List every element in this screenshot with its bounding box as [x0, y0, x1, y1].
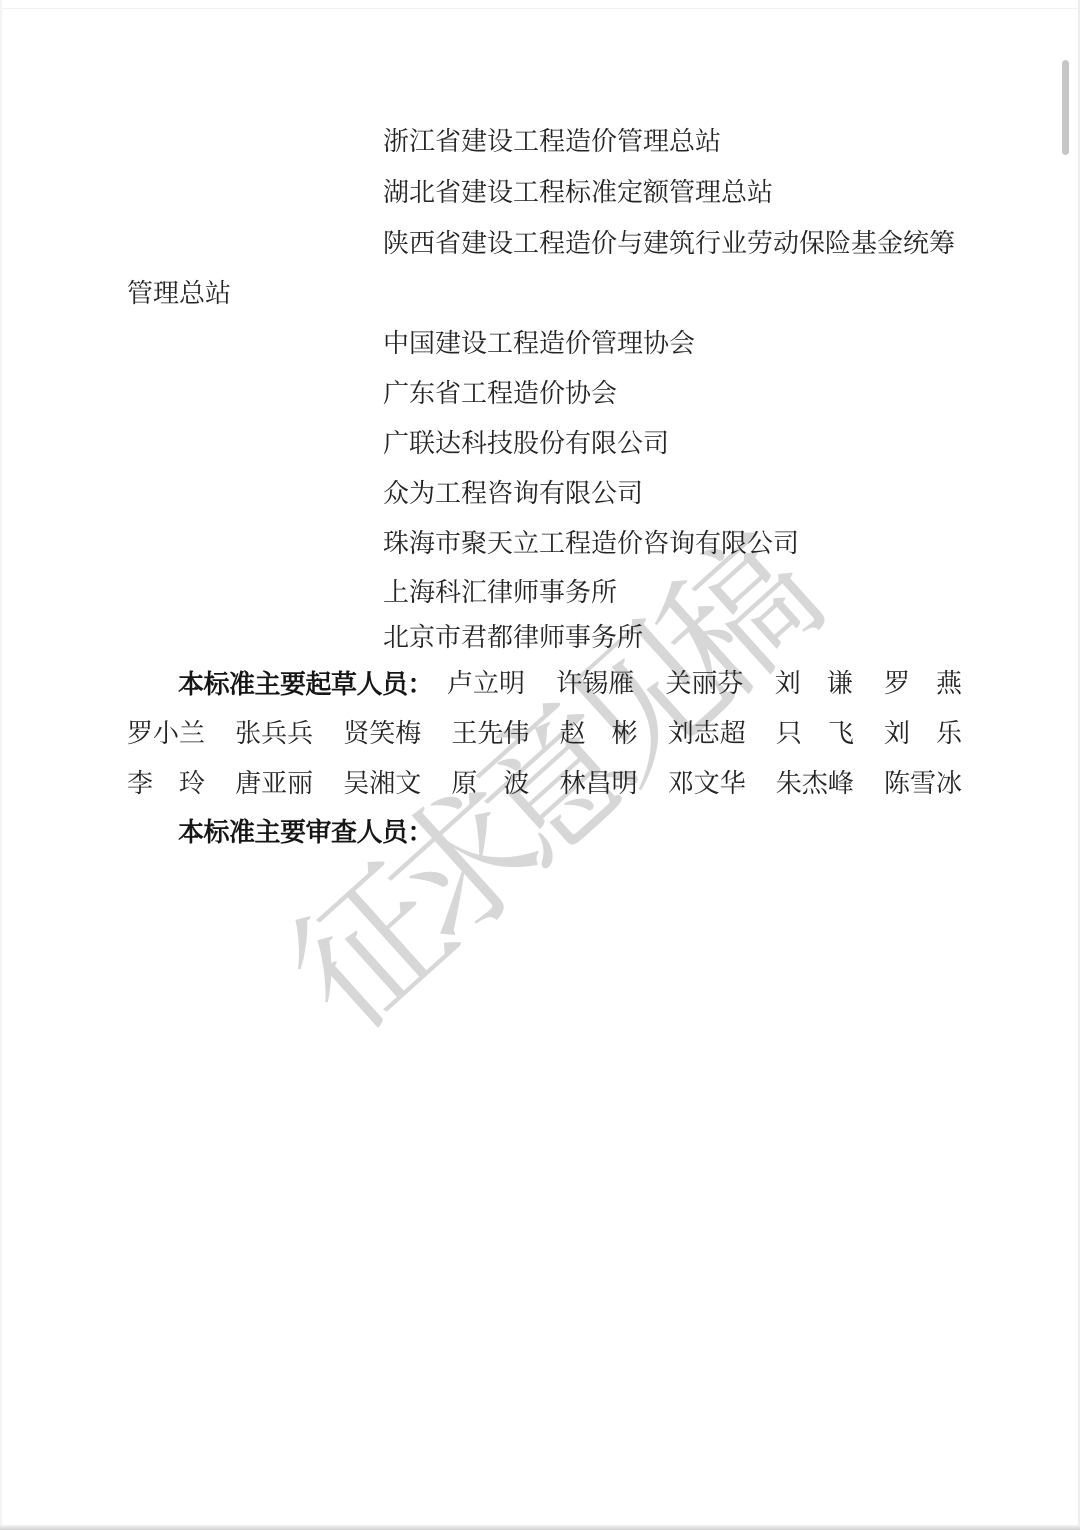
person-name: 只 飞: [776, 708, 854, 759]
person-name: 原 波: [451, 759, 529, 809]
drafters-names-row-3: 李 玲唐亚丽吴湘文原 波林昌明邓文华朱杰峰陈雪冰: [127, 759, 962, 809]
person-name: 邓文华: [668, 759, 746, 809]
org-line: 陕西省建设工程造价与建筑行业劳动保险基金统筹: [127, 218, 962, 269]
org-line-continuation: 管理总站: [127, 269, 962, 319]
person-name: 林昌明: [560, 759, 638, 809]
org-line: 浙江省建设工程造价管理总站: [127, 116, 962, 167]
page-edge-left: [0, 0, 2, 1530]
person-name: 刘 谦: [775, 660, 853, 708]
person-name: 吴湘文: [343, 759, 421, 809]
org-line: 中国建设工程造价管理协会: [127, 319, 962, 369]
reviewers-line: 本标准主要审查人员：: [127, 809, 962, 856]
person-name: 唐亚丽: [235, 759, 313, 809]
document-body: 浙江省建设工程造价管理总站 湖北省建设工程标准定额管理总站 陕西省建设工程造价与…: [127, 116, 962, 856]
org-line: 湖北省建设工程标准定额管理总站: [127, 167, 962, 218]
person-name: 卢立明: [447, 660, 525, 708]
org-line: 珠海市聚天立工程造价咨询有限公司: [127, 519, 962, 569]
document-page: 征求意见稿 浙江省建设工程造价管理总站 湖北省建设工程标准定额管理总站 陕西省建…: [0, 0, 1080, 1530]
drafters-names-row-2: 罗小兰张兵兵贤笑梅王先伟赵 彬刘志超只 飞刘 乐: [127, 708, 962, 759]
page-edge-bottom: [0, 1525, 1080, 1530]
drafters-label: 本标准主要起草人员：: [127, 660, 433, 708]
person-name: 李 玲: [127, 759, 205, 809]
person-name: 赵 彬: [560, 708, 638, 759]
person-name: 陈雪冰: [884, 759, 962, 809]
drafters-names-row-1: 卢立明许锡雁关丽芬刘 谦罗 燕: [447, 660, 962, 708]
person-name: 罗小兰: [127, 708, 205, 759]
person-name: 许锡雁: [556, 660, 634, 708]
person-name: 贤笑梅: [343, 708, 421, 759]
reviewers-label: 本标准主要审查人员：: [127, 817, 433, 847]
person-name: 刘 乐: [884, 708, 962, 759]
person-name: 王先伟: [451, 708, 529, 759]
org-line: 广东省工程造价协会: [127, 369, 962, 419]
org-line: 广联达科技股份有限公司: [127, 419, 962, 469]
org-line: 众为工程咨询有限公司: [127, 469, 962, 519]
person-name: 刘志超: [668, 708, 746, 759]
org-line: 上海科汇律师事务所: [127, 569, 962, 616]
person-name: 关丽芬: [665, 660, 743, 708]
person-name: 罗 燕: [884, 660, 962, 708]
drafters-line: 本标准主要起草人员： 卢立明许锡雁关丽芬刘 谦罗 燕: [127, 660, 962, 708]
person-name: 张兵兵: [235, 708, 313, 759]
scrollbar-thumb[interactable]: [1062, 60, 1069, 155]
org-line: 北京市君都律师事务所: [127, 616, 962, 660]
page-edge-top: [0, 8, 1080, 9]
person-name: 朱杰峰: [776, 759, 854, 809]
